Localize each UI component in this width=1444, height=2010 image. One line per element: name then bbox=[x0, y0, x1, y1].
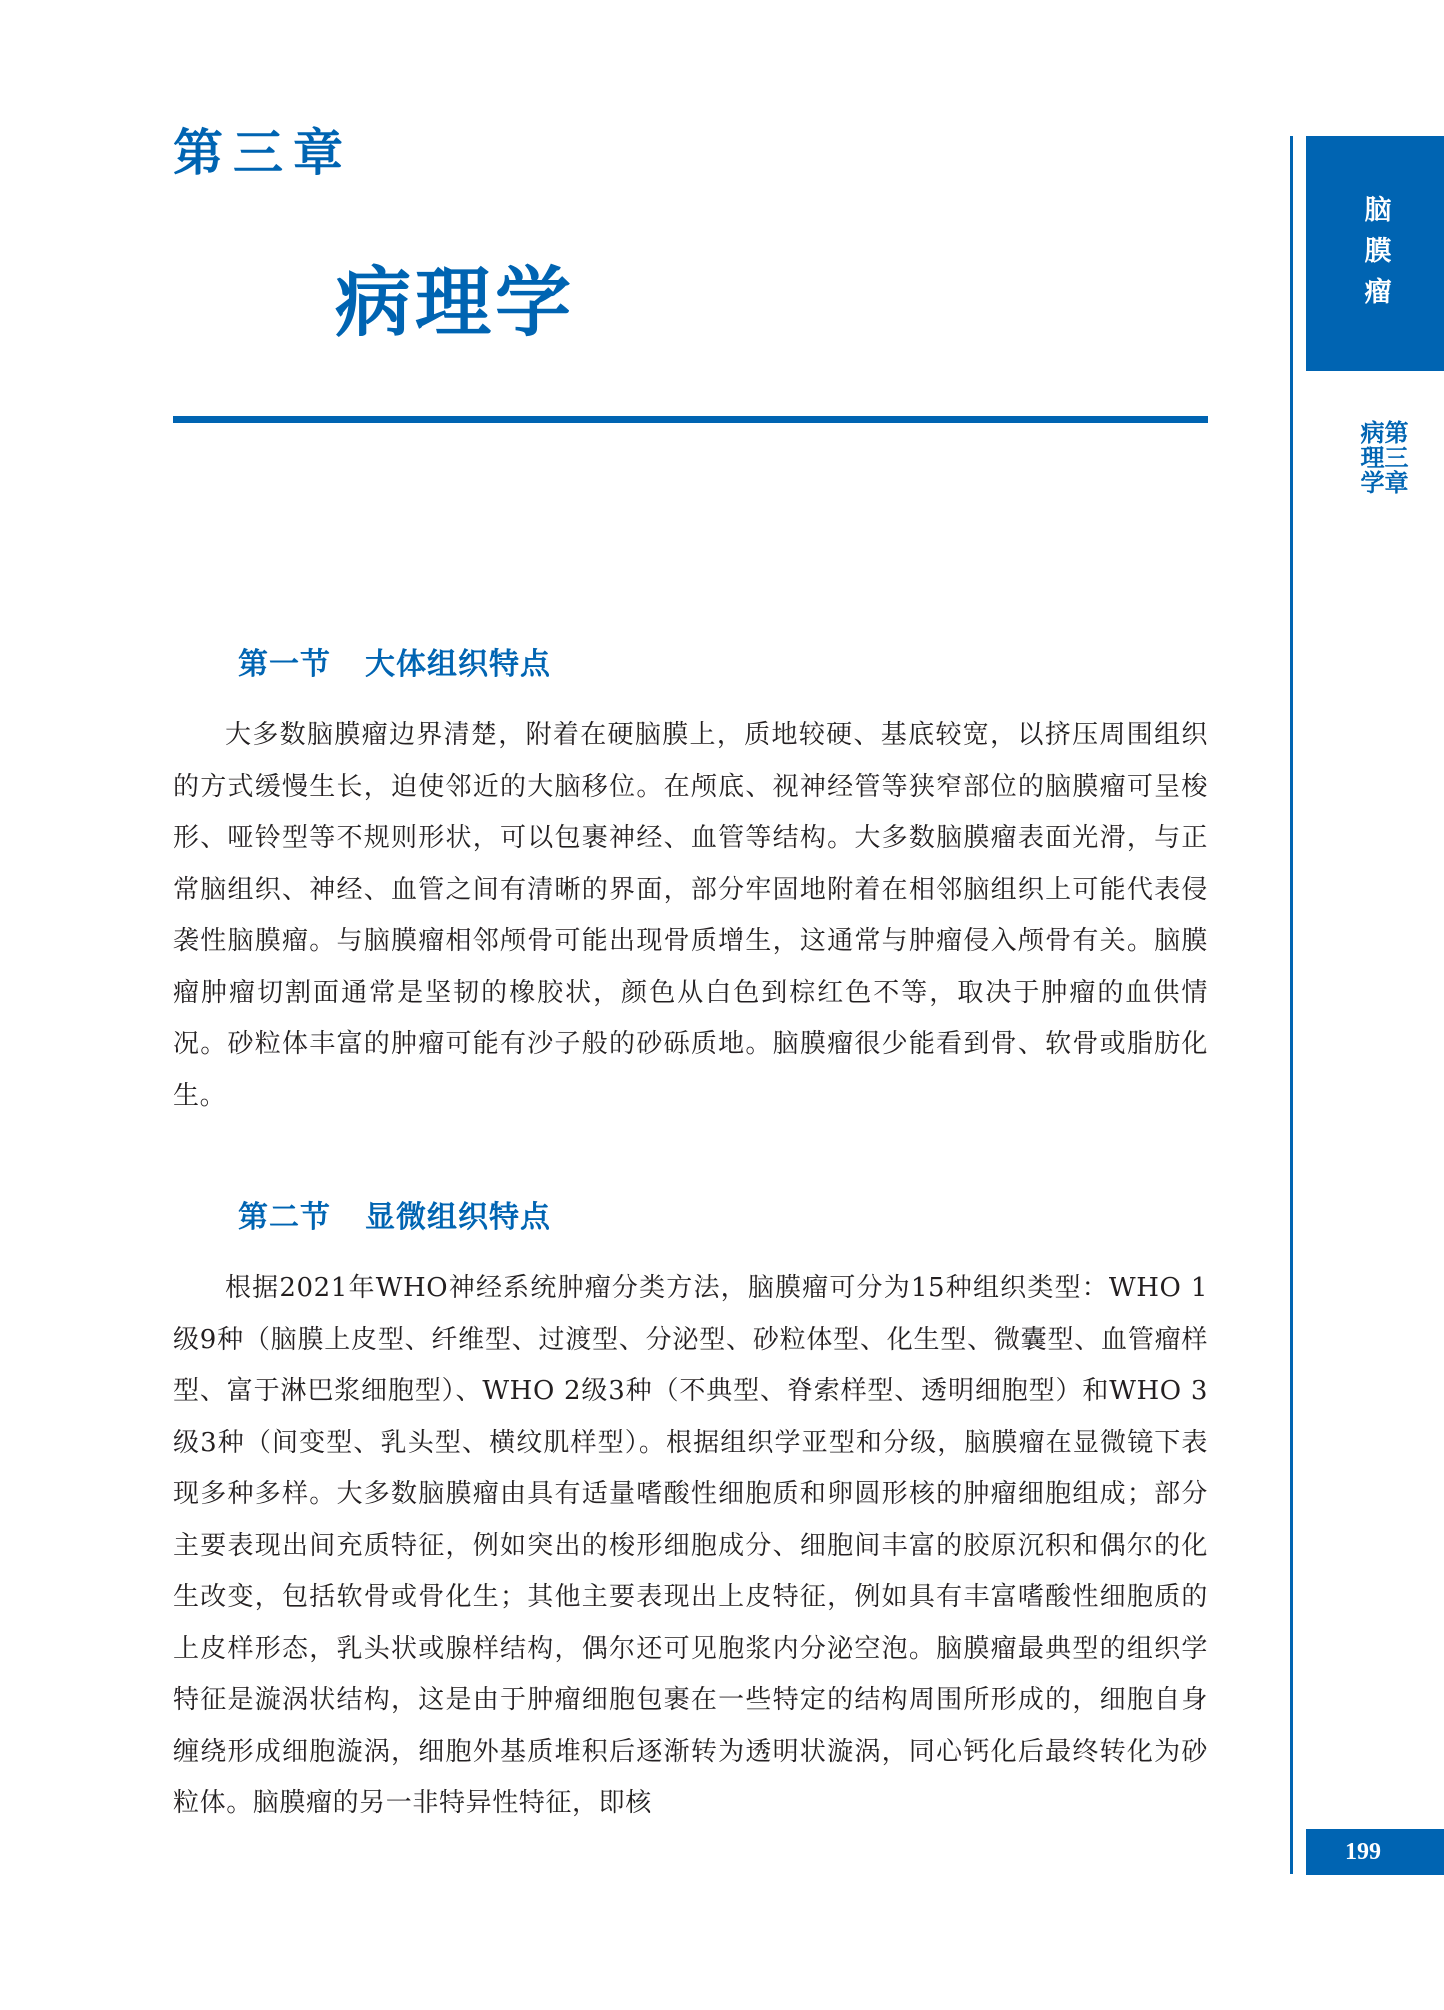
page-number: 199 bbox=[1345, 1839, 1381, 1866]
side-tab-chapter: 第三章 病理学 bbox=[1358, 420, 1406, 495]
margin-vertical-rule bbox=[1290, 136, 1293, 1874]
section-number: 第一节 bbox=[238, 647, 331, 682]
section-number: 第二节 bbox=[238, 1200, 331, 1235]
page-number-box: 199 bbox=[1306, 1829, 1444, 1875]
side-chapter-title: 病理学 bbox=[1358, 420, 1382, 495]
section-heading: 第二节显微组织特点 bbox=[238, 1203, 551, 1233]
book-title: 脑膜瘤 bbox=[1356, 195, 1395, 318]
side-chapter-label: 第三章 bbox=[1382, 420, 1406, 495]
body-paragraph: 根据2021年WHO神经系统肿瘤分类方法，脑膜瘤可分为15种组织类型：WHO 1… bbox=[173, 1263, 1208, 1830]
section-title: 大体组织特点 bbox=[365, 647, 551, 682]
section-heading: 第一节大体组织特点 bbox=[238, 650, 551, 680]
chapter-number: 第三章 bbox=[173, 128, 353, 178]
body-paragraph: 大多数脑膜瘤边界清楚，附着在硬脑膜上，质地较硬、基底较宽，以挤压周围组织的方式缓… bbox=[173, 710, 1208, 1122]
section-title: 显微组织特点 bbox=[365, 1200, 551, 1235]
chapter-title: 病理学 bbox=[335, 265, 575, 341]
side-tab-book-title: 脑膜瘤 bbox=[1306, 136, 1444, 371]
title-divider bbox=[173, 416, 1208, 423]
